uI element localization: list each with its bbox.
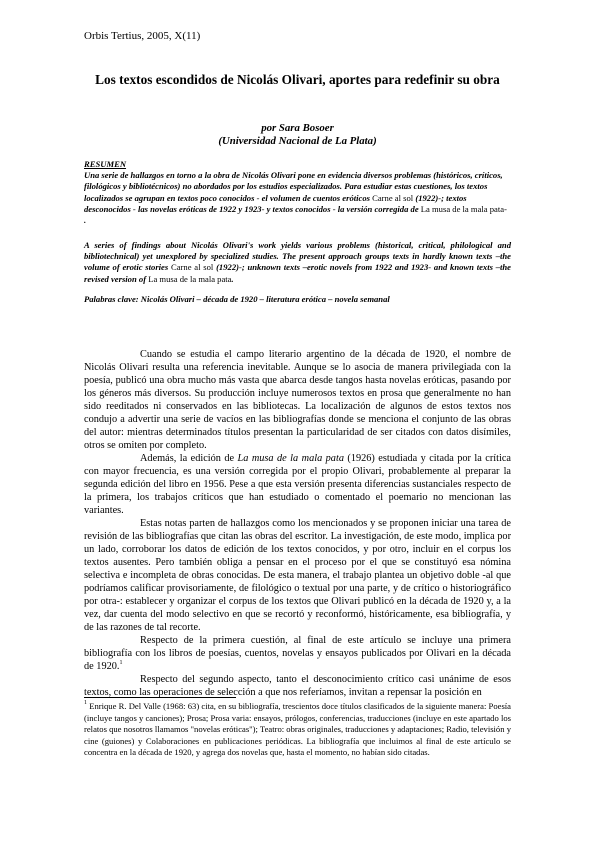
journal-header: Orbis Tertius, 2005, X(11) — [84, 30, 200, 42]
abstract-english: A series of findings about Nicolás Oliva… — [84, 240, 511, 285]
document-page: Orbis Tertius, 2005, X(11) Los textos es… — [0, 0, 595, 842]
work-title: Carne al sol — [171, 262, 213, 272]
work-title: Carne al sol — [372, 193, 413, 203]
abstract-text: . — [231, 274, 233, 284]
byline: por Sara Bosoer (Universidad Nacional de… — [84, 122, 511, 148]
paragraph-2: Además, la edición de La musa de la mala… — [84, 452, 511, 517]
paragraph-text: Además, la edición de — [140, 453, 238, 464]
work-title: La musa de la mala pata — [148, 274, 231, 284]
footnote-text: Enrique R. Del Valle (1968: 63) cita, en… — [84, 701, 511, 757]
keywords: Palabras clave: Nicolás Olivari – década… — [84, 294, 511, 305]
abstract-spanish: RESUMEN Una serie de hallazgos en torno … — [84, 159, 511, 226]
paragraph-1: Cuando se estudia el campo literario arg… — [84, 348, 511, 452]
article-body: Cuando se estudia el campo literario arg… — [84, 348, 511, 699]
paragraph-5: Respecto del segundo aspecto, tanto el d… — [84, 673, 511, 699]
affiliation: (Universidad Nacional de La Plata) — [84, 135, 511, 148]
footnote-divider — [84, 697, 236, 698]
paragraph-3: Estas notas parten de hallazgos como los… — [84, 517, 511, 634]
paragraph-text: Respecto de la primera cuestión, al fina… — [84, 635, 511, 672]
work-title: La musa de la mala pata — [238, 453, 344, 464]
work-title: La musa de la mala pata — [421, 204, 504, 214]
footnote-1: 1 Enrique R. Del Valle (1968: 63) cita, … — [84, 701, 511, 759]
article-title: Los textos escondidos de Nicolás Olivari… — [84, 72, 511, 88]
paragraph-4: Respecto de la primera cuestión, al fina… — [84, 634, 511, 673]
author-line: por Sara Bosoer — [84, 122, 511, 135]
footnote-ref[interactable]: 1 — [119, 660, 122, 666]
abstract-heading: RESUMEN — [84, 159, 511, 170]
